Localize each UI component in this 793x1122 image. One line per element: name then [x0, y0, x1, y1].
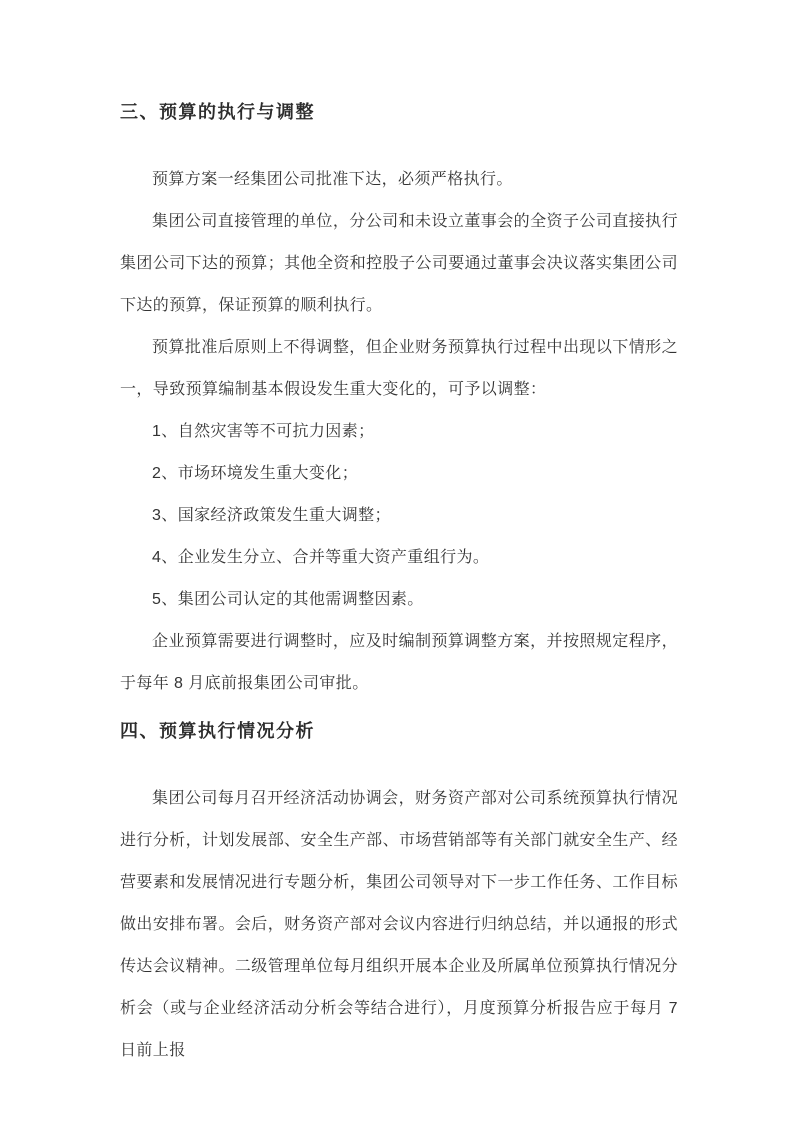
paragraph: 集团公司直接管理的单位，分公司和未设立董事会的全资子公司直接执行集团公司下达的预…	[120, 201, 678, 327]
paragraph: 预算方案一经集团公司批准下达，必须严格执行。	[120, 159, 678, 201]
list-item-4: 4、企业发生分立、合并等重大资产重组行为。	[120, 537, 678, 579]
list-item-2: 2、市场环境发生重大变化；	[120, 453, 678, 495]
section-budget-execution-adjustment: 三、预算的执行与调整 预算方案一经集团公司批准下达，必须严格执行。 集团公司直接…	[120, 98, 678, 705]
section-budget-execution-analysis: 四、预算执行情况分析 集团公司每月召开经济活动协调会，财务资产部对公司系统预算执…	[120, 717, 678, 1072]
paragraph: 预算批准后原则上不得调整，但企业财务预算执行过程中出现以下情形之一，导致预算编制…	[120, 327, 678, 411]
paragraph: 企业预算需要进行调整时，应及时编制预算调整方案，并按照规定程序，于每年 8 月底…	[120, 621, 678, 705]
section-heading-3: 三、预算的执行与调整	[120, 98, 678, 126]
paragraph: 集团公司每月召开经济活动协调会，财务资产部对公司系统预算执行情况进行分析，计划发…	[120, 778, 678, 1072]
list-item-1: 1、自然灾害等不可抗力因素；	[120, 411, 678, 453]
document-page: 三、预算的执行与调整 预算方案一经集团公司批准下达，必须严格执行。 集团公司直接…	[0, 0, 793, 1122]
list-item-5: 5、集团公司认定的其他需调整因素。	[120, 579, 678, 621]
section-heading-4: 四、预算执行情况分析	[120, 717, 678, 745]
list-item-3: 3、国家经济政策发生重大调整；	[120, 495, 678, 537]
